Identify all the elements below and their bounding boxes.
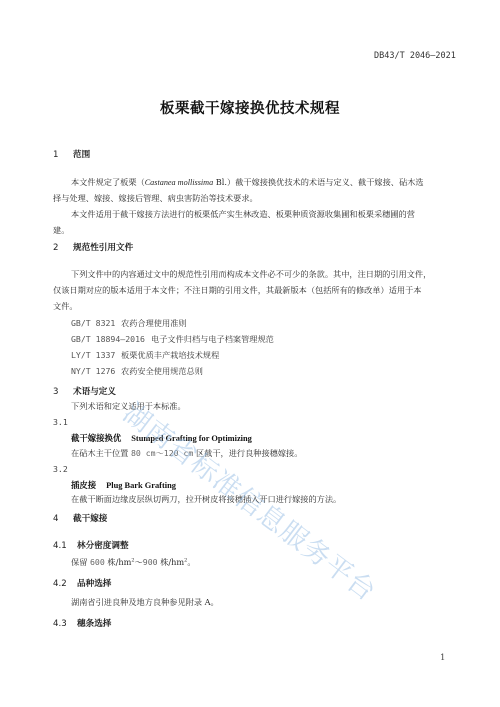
reference-name: 电子文件归档与电子档案管理规范 [151, 334, 274, 344]
reference-item: LY/T 1337板栗优质丰产栽培技术规程 [71, 350, 219, 361]
subsection-text: 保留 600 株/hm2～900 株/hm2。 [71, 557, 196, 568]
latin-name: Castanea mollissima [145, 178, 213, 187]
reference-item: NY/T 1276农药安全使用规范总则 [71, 366, 203, 377]
section-title: 规范性引用文件 [73, 243, 133, 253]
page-number: 1 [440, 653, 445, 663]
reference-item: GB/T 18894—2016电子文件归档与电子档案管理规范 [71, 334, 274, 345]
term-zh: 插皮接 [71, 480, 96, 490]
subsection-heading: 4.3穗条选择 [53, 617, 111, 629]
section-3-heading: 3术语与定义 [53, 385, 116, 397]
document-title: 板栗截干嫁接换优技术规程 [0, 97, 500, 118]
section-title: 截干嫁接 [73, 514, 107, 524]
section-2-paragraph-line-3: 文件。 [53, 301, 78, 312]
term-number: 3.1 [53, 417, 68, 427]
subsection-number: 4.1 [53, 541, 77, 551]
section-4-heading: 4截干嫁接 [53, 512, 107, 524]
section-title: 术语与定义 [73, 387, 116, 397]
subsection-number: 4.2 [53, 579, 77, 589]
section-number: 3 [53, 387, 73, 397]
reference-code: NY/T 1276 [71, 366, 121, 376]
section-1-paragraph-1-line-1: 本文件规定了板栗（Castanea mollissima Bl.）截干嫁接换优技… [71, 177, 424, 188]
section-number: 1 [53, 150, 73, 160]
term-heading: 插皮接Plug Bark Grafting [71, 479, 176, 491]
term-zh: 截干嫁接换优 [71, 433, 121, 443]
document-number: DB43/T 2046—2021 [374, 51, 456, 61]
section-1-paragraph-2-line-2: 建。 [53, 225, 69, 236]
reference-name: 农药安全使用规范总则 [121, 366, 203, 376]
section-2-paragraph-line-1: 下列文件中的内容通过文中的规范性引用而构成本文件必不可少的条款。其中，注日期的引… [71, 269, 431, 280]
section-3-intro: 下列术语和定义适用于本标准。 [71, 401, 186, 412]
term-en: Plug Bark Grafting [106, 481, 176, 490]
height-range: 80 cm～120 cm [131, 448, 193, 458]
subsection-title: 林分密度调整 [77, 541, 129, 551]
reference-code: GB/T 18894—2016 [71, 334, 151, 344]
subsection-text: 湖南省引进良种及地方良种参见附录 A。 [71, 597, 219, 608]
reference-item: GB/T 8321农药合理使用准则 [71, 318, 187, 329]
term-definition: 在截干断面边缘皮层纵切两刀，拉开树皮将接穗插入开口进行嫁接的方法。 [71, 494, 341, 505]
term-heading: 截干嫁接换优Stumped Grafting for Optimizing [71, 432, 252, 444]
term-definition: 在砧木主干位置 80 cm～120 cm 区截干，进行良种接穗嫁接。 [71, 448, 302, 459]
section-number: 2 [53, 243, 73, 253]
section-1-paragraph-1-line-2: 择与处理、嫁接、嫁接后管理、病虫害防治等技术要求。 [53, 193, 258, 204]
section-2-paragraph-line-2: 仅该日期对应的版本适用于本文件；不注日期的引用文件，其最新版本（包括所有的修改单… [53, 285, 421, 296]
section-2-heading: 2规范性引用文件 [53, 241, 133, 253]
term-en: Stumped Grafting for Optimizing [131, 434, 252, 443]
subsection-title: 品种选择 [77, 579, 111, 589]
reference-name: 板栗优质丰产栽培技术规程 [121, 350, 219, 360]
subsection-heading: 4.2品种选择 [53, 577, 111, 589]
subsection-heading: 4.1林分密度调整 [53, 539, 129, 551]
subsection-number: 4.3 [53, 619, 77, 629]
subsection-title: 穗条选择 [77, 619, 111, 629]
section-title: 范围 [73, 150, 90, 160]
section-1-heading: 1范围 [53, 148, 90, 160]
term-number: 3.2 [53, 464, 68, 474]
reference-code: GB/T 8321 [71, 318, 121, 328]
section-1-paragraph-2-line-1: 本文件适用于截干嫁接方法进行的板栗低产实生林改造、板栗种质资源收集圃和板栗采穗圃… [71, 209, 415, 220]
reference-name: 农药合理使用准则 [121, 318, 187, 328]
reference-code: LY/T 1337 [71, 350, 121, 360]
section-number: 4 [53, 514, 73, 524]
